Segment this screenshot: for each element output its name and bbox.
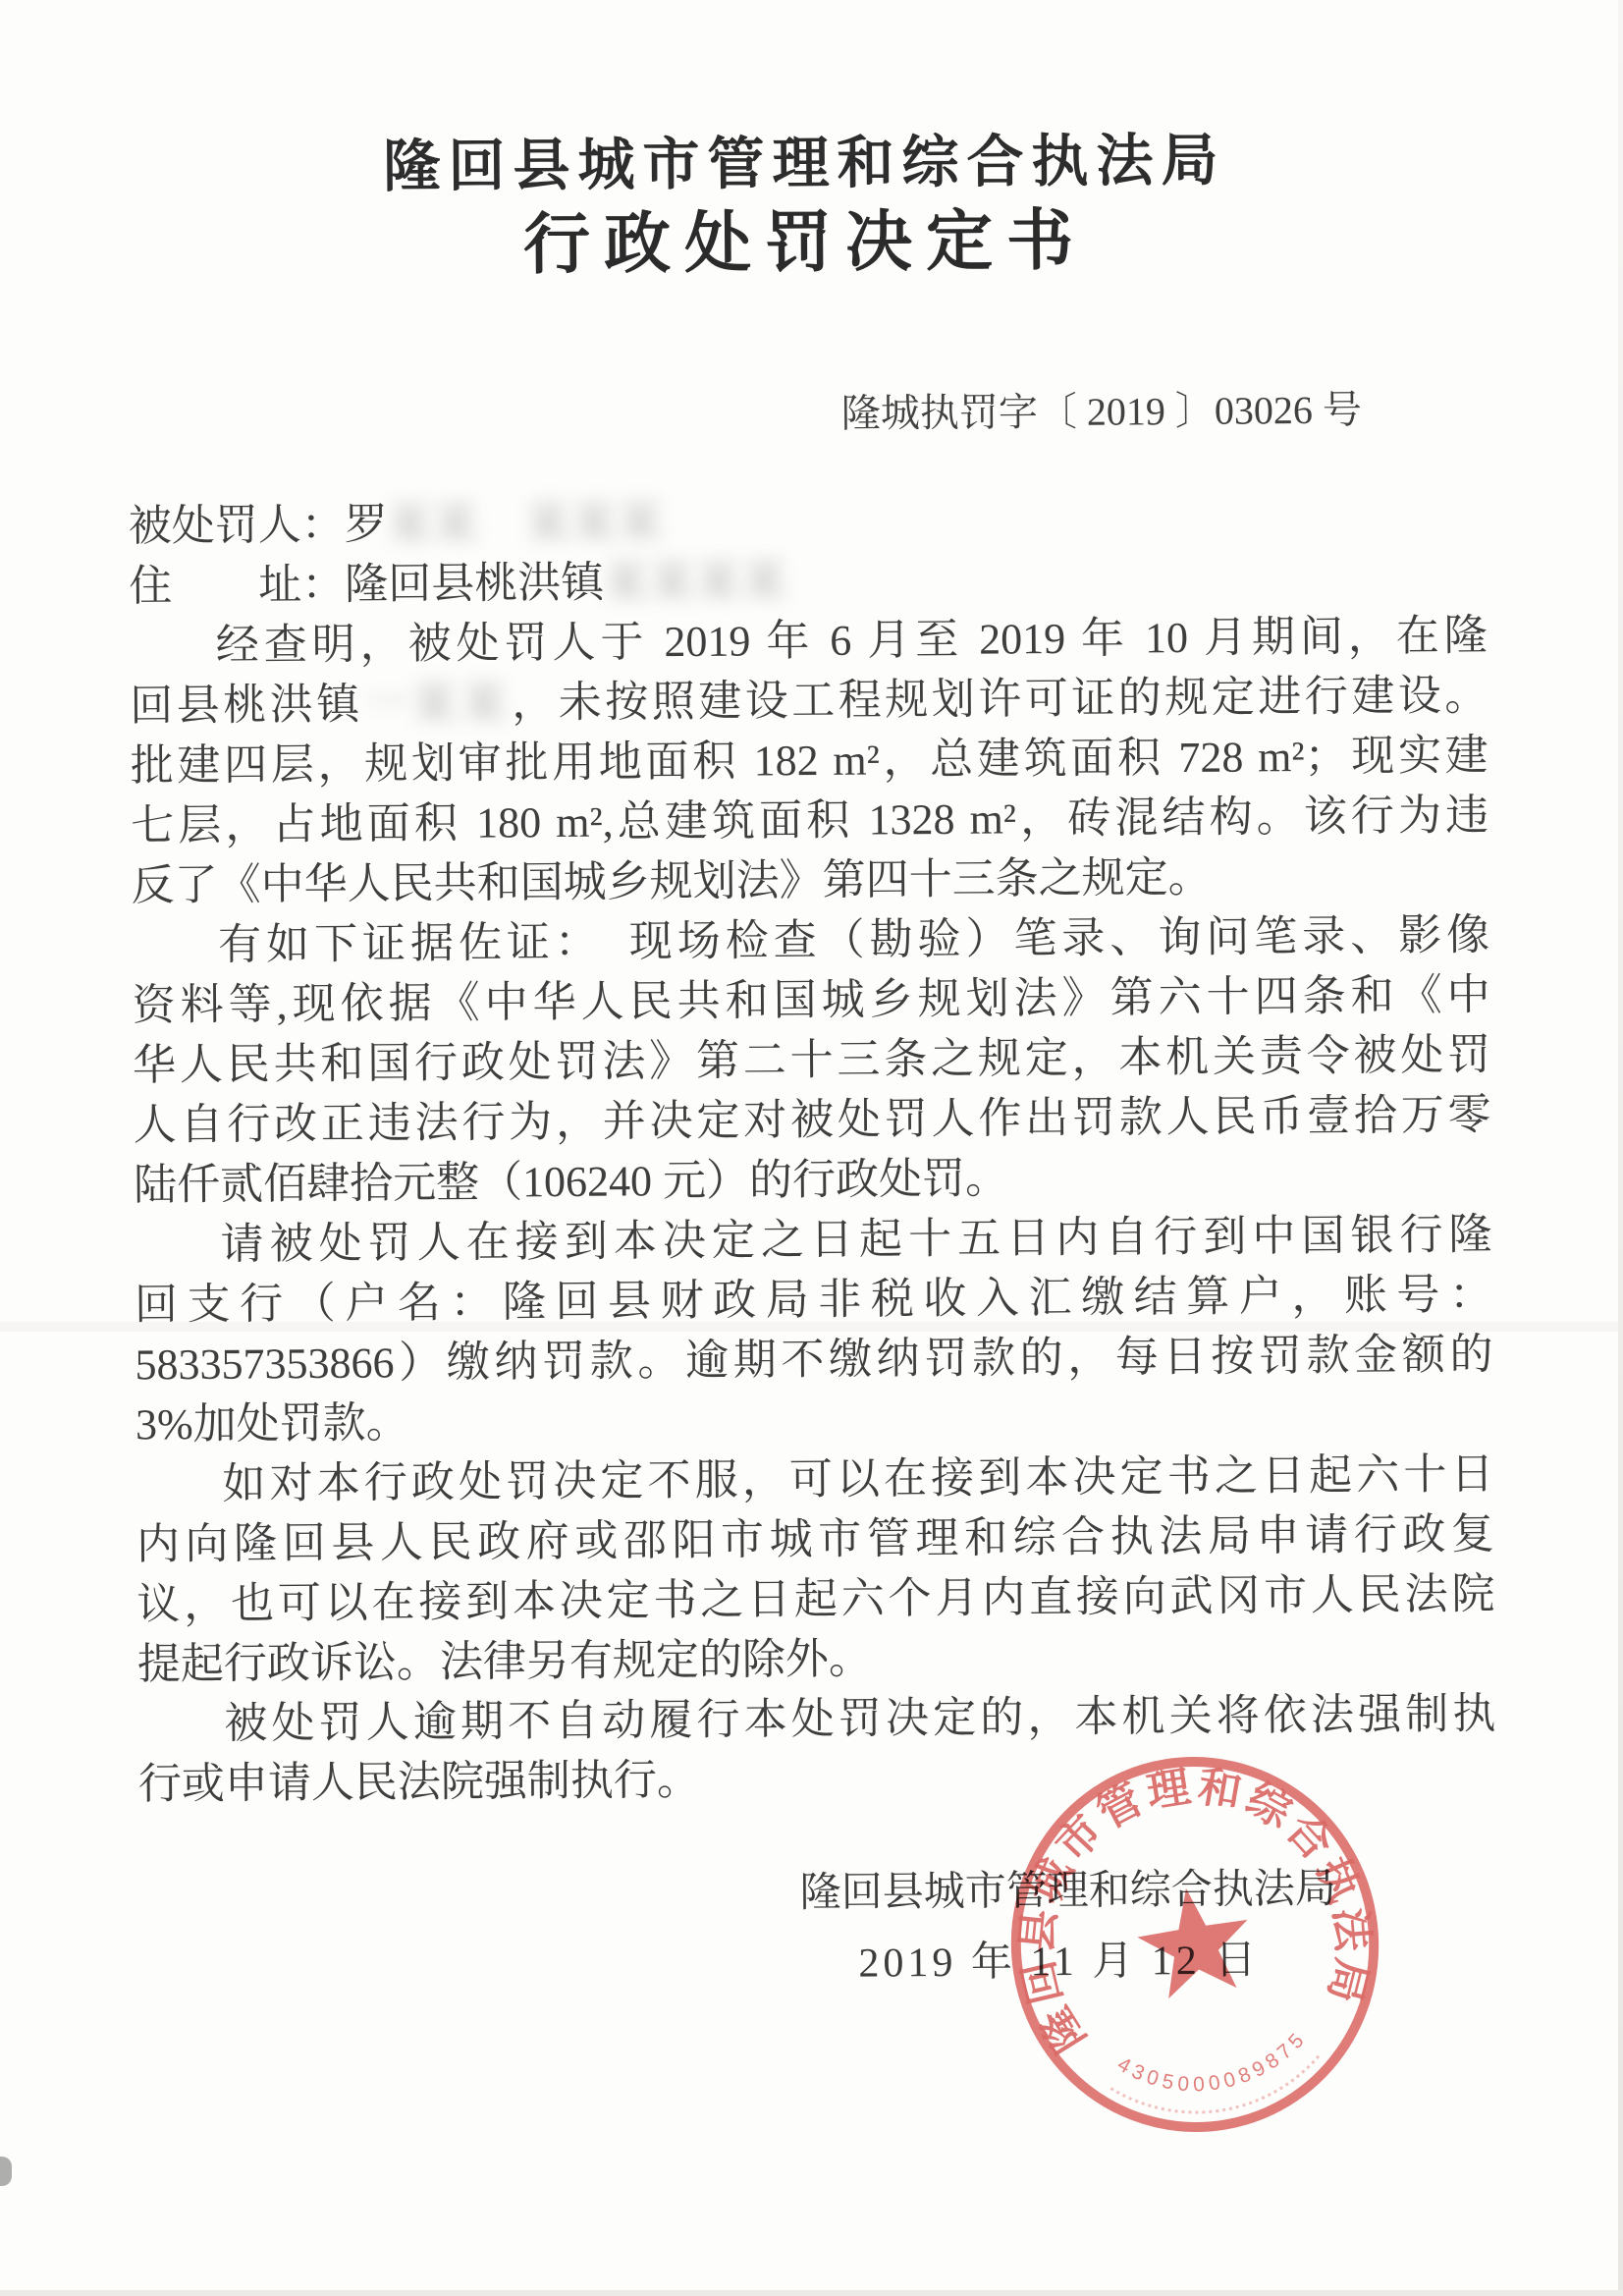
body-line: 内向隆回县人民政府或邵阳市城市管理和综合执法局申请行政复 xyxy=(136,1504,1494,1575)
body-line-text: 回县桃洪镇 xyxy=(130,681,363,731)
body-line: 请被处罚人在接到本决定之日起十五日内自行到中国银行隆 xyxy=(134,1205,1491,1276)
body-line-text: 行或申请人民法院强制执行。 xyxy=(138,1756,700,1808)
body-line-text: 被处罚人：罗 xyxy=(129,500,388,550)
scan-edge-bottom xyxy=(0,2290,1623,2296)
body-line: 被处罚人：罗某某 某某某 xyxy=(129,486,1487,557)
body-line: 反了《中华人民共和国城乡规划法》第四十三条之规定。 xyxy=(131,846,1488,916)
body-line-text: ，未按照建设工程规划许可证的规定进行建设。 xyxy=(512,672,1488,728)
body-line: 人自行改正违法行为，并决定对被处罚人作出罚款人民币壹拾万零 xyxy=(133,1085,1490,1156)
body-line: 如对本行政处罚决定不服，可以在接到本决定书之日起六十日 xyxy=(135,1445,1493,1515)
redacted-text: 某某某某 xyxy=(604,557,788,606)
body-line: 资料等,现依据《中华人民共和国城乡规划法》第六十四条和《中 xyxy=(132,965,1489,1036)
signature-block: 隆回县城市管理和综合执法局 2019 年 11 月 12 日 xyxy=(139,1861,1498,1997)
body-line-text: 回支行（户名：隆回县财政局非税收入汇缴结算户，账号： xyxy=(135,1271,1492,1330)
body-line: 住 址：隆回县桃洪镇某某某某 xyxy=(129,546,1487,617)
body-line: 经查明，被处罚人于 2019 年 6 月至 2019 年 10 月期间，在隆 xyxy=(130,606,1488,677)
body-line-text: 内向隆回县人民政府或邵阳市城市管理和综合执法局申请行政复 xyxy=(136,1510,1494,1569)
document-content: 隆回县城市管理和综合执法局 行政处罚决定书 隆城执罚字〔 2019 〕03026… xyxy=(0,0,1623,1997)
body-line-text: 反了《中华人民共和国城乡规划法》第四十三条之规定。 xyxy=(131,853,1211,910)
scan-edge-right xyxy=(1618,0,1623,2296)
body-line-text: 提起行政诉讼。法律另有规定的除外。 xyxy=(137,1635,872,1689)
body-line-text: 583357353866）缴纳罚款。逾期不缴纳罚款的，每日按罚款金额的 xyxy=(135,1331,1492,1390)
scanned-document-page: 隆回县城市管理和综合执法局 行政处罚决定书 隆城执罚字〔 2019 〕03026… xyxy=(0,0,1623,2296)
body-line: 行或申请人民法院强制执行。 xyxy=(138,1744,1496,1815)
body-line-text: 批建四层，规划审批用地面积 182 m²，总建筑面积 728 m²；现实建 xyxy=(131,732,1488,791)
body-line: 被处罚人逾期不自动履行本处罚决定的，本机关将依法强制执 xyxy=(137,1684,1495,1755)
body-line-text: 陆仟贰佰肆拾元整（106240 元）的行政处罚。 xyxy=(134,1154,1008,1209)
body-line-text: 有如下证据佐证： 现场检查（勘验）笔录、询问笔录、影像 xyxy=(218,911,1489,969)
body-line: 华人民共和国行政处罚法》第二十三条之规定，本机关责令被处罚 xyxy=(133,1025,1490,1096)
body-line-text: 议，也可以在接到本决定书之日起六个月内直接向武冈市人民法院 xyxy=(136,1570,1494,1629)
body-line-text: 七层，占地面积 180 m²,总建筑面积 1328 m²，砖混结构。该行为违 xyxy=(131,792,1488,850)
body-line-text: 资料等,现依据《中华人民共和国城乡规划法》第六十四条和《中 xyxy=(132,971,1489,1030)
redacted-text: 某某 某某某 xyxy=(388,498,665,548)
seal-number: 4305000089875 xyxy=(1110,2024,1317,2110)
agency-title: 隆回县城市管理和综合执法局 xyxy=(126,125,1485,204)
body-line-text: 人自行改正违法行为，并决定对被处罚人作出罚款人民币壹拾万零 xyxy=(133,1091,1490,1150)
body-line: 有如下证据佐证： 现场检查（勘验）笔录、询问笔录、影像 xyxy=(132,905,1489,976)
document-title: 行政处罚决定书 xyxy=(126,199,1485,287)
redacted-text: 一某某 xyxy=(363,679,513,728)
scan-artifact-band xyxy=(0,1322,1623,1332)
body-line: 回县桃洪镇一某某，未按照建设工程规划许可证的规定进行建设。 xyxy=(130,666,1488,737)
body-line-text: 如对本行政处罚决定不服，可以在接到本决定书之日起六十日 xyxy=(222,1450,1493,1508)
body-line: 3%加处罚款。 xyxy=(135,1385,1493,1455)
body-line-text: 经查明，被处罚人于 2019 年 6 月至 2019 年 10 月期间，在隆 xyxy=(216,612,1488,670)
body-line-text: 请被处罚人在接到本决定之日起十五日内自行到中国银行隆 xyxy=(220,1211,1491,1269)
body-line-text: 华人民共和国行政处罚法》第二十三条之规定，本机关责令被处罚 xyxy=(133,1031,1490,1090)
signature-agency: 隆回县城市管理和综合执法局 xyxy=(139,1862,1336,1927)
document-number: 隆城执罚字〔 2019 〕03026 号 xyxy=(128,385,1362,446)
signature-date: 2019 年 11 月 12 日 xyxy=(139,1933,1260,1996)
scan-artifact-blob xyxy=(0,2157,12,2186)
body-line: 陆仟贰佰肆拾元整（106240 元）的行政处罚。 xyxy=(134,1145,1491,1216)
body-line-text: 3%加处罚款。 xyxy=(135,1398,409,1449)
body-line: 批建四层，规划审批用地面积 182 m²，总建筑面积 728 m²；现实建 xyxy=(130,726,1488,796)
body-line: 583357353866）缴纳罚款。逾期不缴纳罚款的，每日按罚款金额的 xyxy=(135,1325,1492,1395)
body-line-text: 被处罚人逾期不自动履行本处罚决定的，本机关将依法强制执 xyxy=(224,1690,1495,1748)
document-body: 被处罚人：罗某某 某某某住 址：隆回县桃洪镇某某某某经查明，被处罚人于 2019… xyxy=(129,486,1496,1815)
body-line-text: 住 址：隆回县桃洪镇 xyxy=(129,559,604,611)
seal-microtext-arc xyxy=(1110,2055,1325,2127)
body-line: 提起行政诉讼。法律另有规定的除外。 xyxy=(137,1624,1495,1695)
body-line: 议，也可以在接到本决定书之日起六个月内直接向武冈市人民法院 xyxy=(136,1564,1494,1635)
body-line: 七层，占地面积 180 m²,总建筑面积 1328 m²，砖混结构。该行为违 xyxy=(131,786,1488,856)
